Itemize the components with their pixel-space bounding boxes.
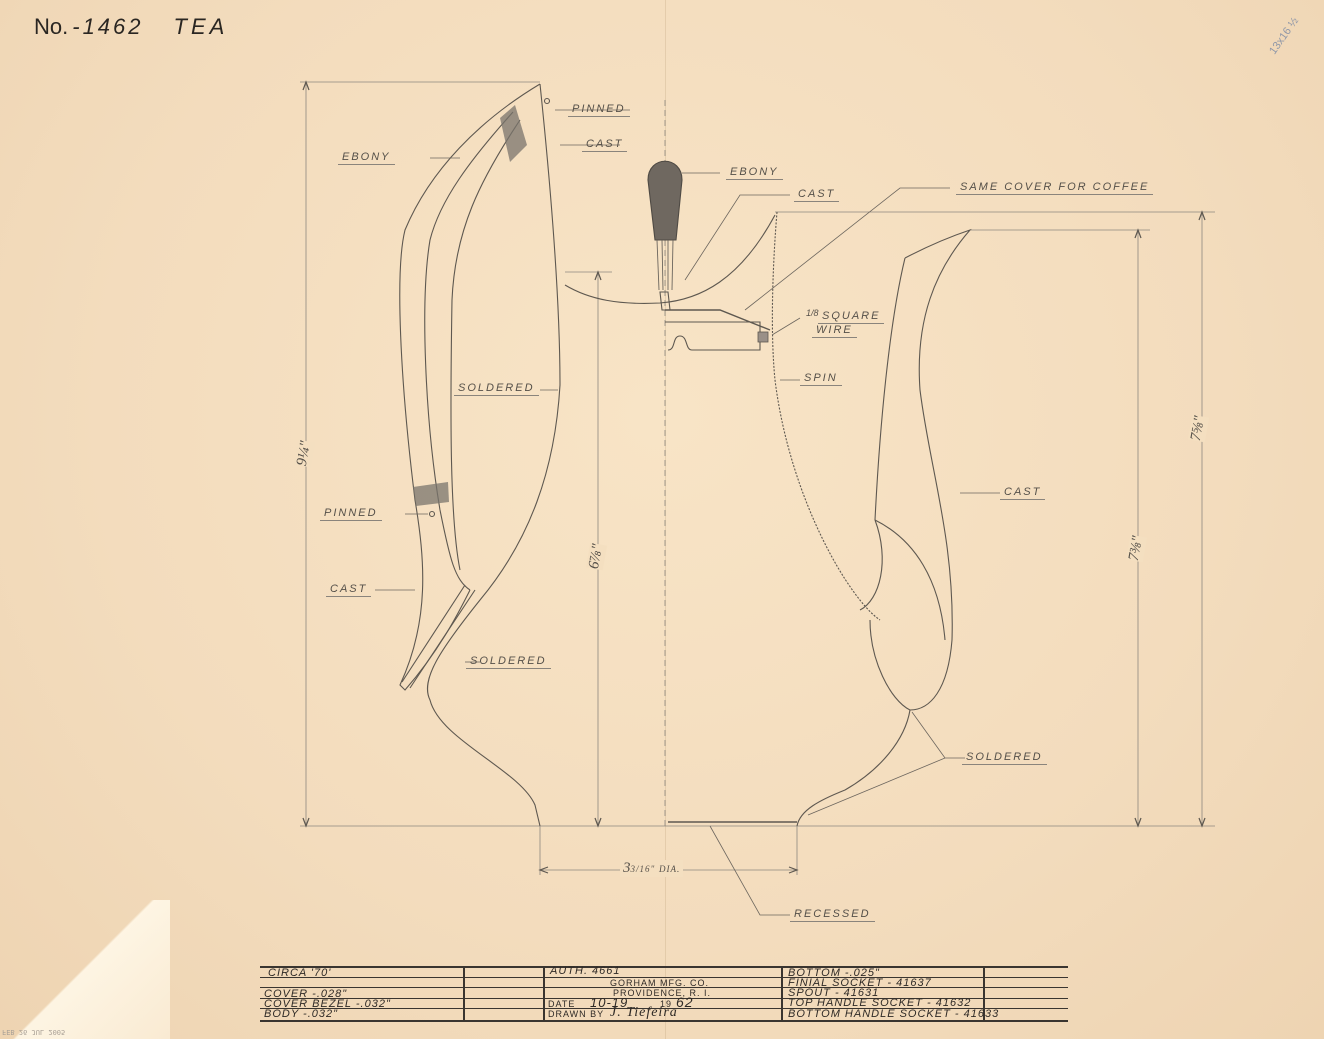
label-cast-top: CAST: [582, 138, 627, 152]
dimension-lines: [300, 82, 1215, 875]
tb-drawn-by-label: DRAWN BY: [548, 1009, 604, 1019]
label-soldered-handle-top: SOLDERED: [454, 382, 539, 396]
pin-bottom: [430, 512, 435, 517]
body-left-outline: [427, 385, 560, 826]
tb-circa: CIRCA '70': [268, 967, 331, 979]
body-right-outline: [772, 212, 880, 620]
label-cast-lower: CAST: [326, 583, 371, 597]
label-soldered-handle-bottom: SOLDERED: [466, 655, 551, 669]
tb-date-label: DATE: [548, 999, 575, 1009]
spout-outline: [870, 230, 970, 710]
label-recessed: RECESSED: [790, 908, 875, 922]
label-spin: SPIN: [800, 372, 842, 386]
finial-ebony: [648, 161, 682, 240]
label-cast-finial: CAST: [794, 188, 839, 202]
dim-base-whole: 3: [623, 860, 631, 876]
label-ebony-finial: EBONY: [726, 166, 783, 180]
tb-bottom-handle-socket: BOTTOM HANDLE SOCKET - 41633: [788, 1008, 999, 1020]
label-cast-spout: CAST: [1000, 486, 1045, 500]
leader-lines: [375, 110, 1000, 915]
dim-base-suffix: DIA.: [659, 864, 680, 874]
square-wire-section: [758, 332, 768, 342]
spout-inner: [875, 258, 905, 520]
tb-drawn-by-value: J. Tiefeira: [610, 1005, 678, 1021]
dim-base-frac: 3/16": [631, 864, 656, 874]
body-right-lower: [797, 710, 910, 826]
label-soldered-spout: SOLDERED: [962, 751, 1047, 765]
label-pinned-top: PINNED: [568, 103, 630, 117]
tb-body: BODY -.032": [264, 1008, 338, 1020]
tb-company: GORHAM MFG. CO.: [610, 978, 709, 988]
dim-base-diameter: 33/16" DIA.: [620, 860, 683, 877]
ebony-band-bottom: [413, 482, 449, 506]
ebony-band-top: [500, 105, 527, 162]
label-wire: WIRE: [812, 324, 857, 338]
teapot-drawing: [0, 0, 1324, 1039]
title-block: CIRCA '70' COVER -.028" COVER BEZEL -.03…: [260, 966, 1068, 1022]
label-same-cover: SAME COVER FOR COFFEE: [956, 181, 1153, 195]
tb-year-suffix: 62: [676, 994, 694, 1010]
label-ebony-handle: EBONY: [338, 151, 395, 165]
tb-auth: AUTH. 4661: [550, 965, 621, 977]
pin-top: [545, 99, 550, 104]
label-square: SQUARE: [818, 310, 884, 324]
label-pinned-lower: PINNED: [320, 507, 382, 521]
